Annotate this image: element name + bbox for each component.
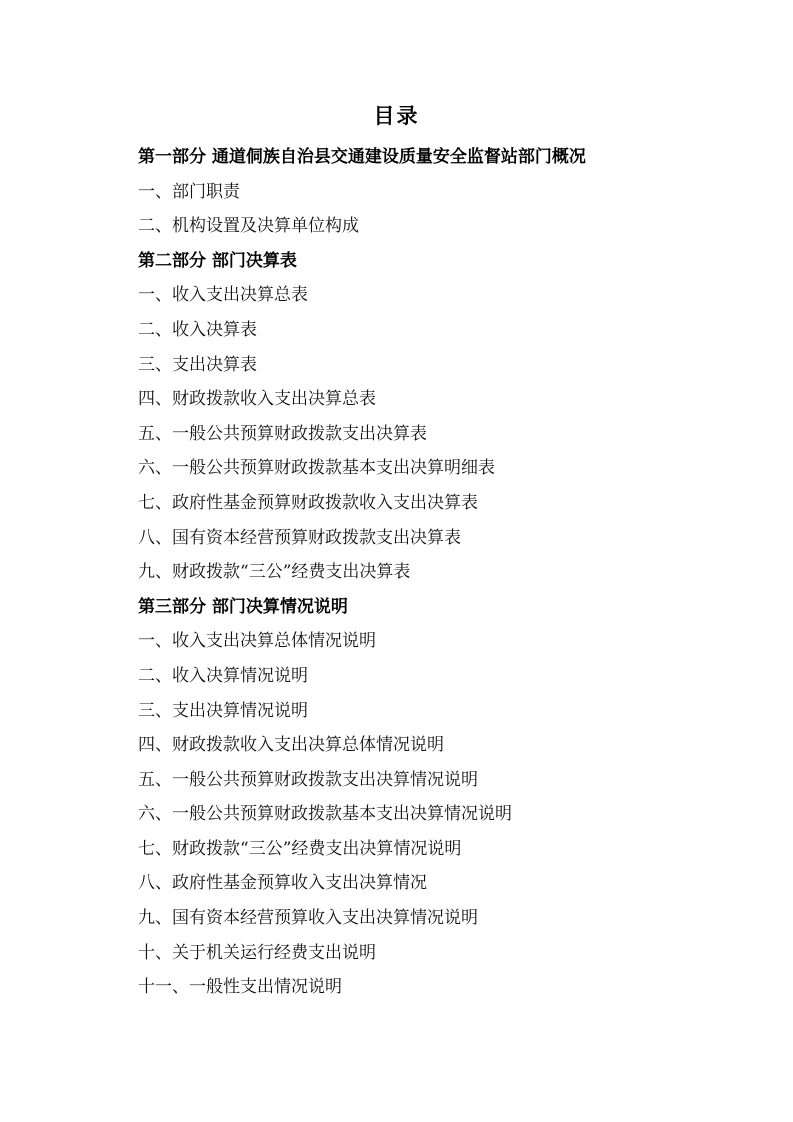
toc-part-3-heading[interactable]: 第三部分 部门决算情况说明 [138,590,738,625]
toc-item-three-public-expenses-table[interactable]: 九、财政拨款“三公”经费支出决算表 [138,555,738,590]
toc-item-dept-responsibilities[interactable]: 一、部门职责 [138,175,738,210]
toc-item-gov-fund-budget-explanation[interactable]: 八、政府性基金预算收入支出决算情况 [138,866,738,901]
toc-item-state-capital-budget-explanation[interactable]: 九、国有资本经营预算收入支出决算情况说明 [138,901,738,936]
toc-item-general-expense-explanation[interactable]: 十一、一般性支出情况说明 [138,970,738,1005]
toc-item-general-budget-basic-expense-detail-table[interactable]: 六、一般公共预算财政拨款基本支出决算明细表 [138,451,738,486]
toc-item-overall-income-expense-explanation[interactable]: 一、收入支出决算总体情况说明 [138,624,738,659]
toc-item-general-budget-expense-table[interactable]: 五、一般公共预算财政拨款支出决算表 [138,417,738,452]
toc-item-expense-table[interactable]: 三、支出决算表 [138,348,738,383]
toc-item-state-capital-budget-table[interactable]: 八、国有资本经营预算财政拨款支出决算表 [138,521,738,556]
toc-list: 第一部分 通道侗族自治县交通建设质量安全监督站部门概况 一、部门职责 二、机构设… [138,140,738,1005]
toc-part-2-heading[interactable]: 第二部分 部门决算表 [138,244,738,279]
toc-item-fiscal-allocation-overall-explanation[interactable]: 四、财政拨款收入支出决算总体情况说明 [138,728,738,763]
toc-item-gov-fund-budget-table[interactable]: 七、政府性基金预算财政拨款收入支出决算表 [138,486,738,521]
toc-item-income-table[interactable]: 二、收入决算表 [138,313,738,348]
toc-item-org-structure[interactable]: 二、机构设置及决算单位构成 [138,209,738,244]
toc-item-expense-explanation[interactable]: 三、支出决算情况说明 [138,694,738,729]
toc-item-income-explanation[interactable]: 二、收入决算情况说明 [138,659,738,694]
toc-item-income-expense-summary-table[interactable]: 一、收入支出决算总表 [138,278,738,313]
toc-item-general-budget-basic-expense-explanation[interactable]: 六、一般公共预算财政拨款基本支出决算情况说明 [138,797,738,832]
toc-item-general-budget-expense-explanation[interactable]: 五、一般公共预算财政拨款支出决算情况说明 [138,763,738,798]
toc-item-fiscal-allocation-summary-table[interactable]: 四、财政拨款收入支出决算总表 [138,382,738,417]
toc-part-1-heading[interactable]: 第一部分 通道侗族自治县交通建设质量安全监督站部门概况 [138,140,738,175]
toc-title: 目录 [0,102,793,130]
toc-item-three-public-expenses-explanation[interactable]: 七、财政拨款“三公”经费支出决算情况说明 [138,832,738,867]
document-page: 目录 第一部分 通道侗族自治县交通建设质量安全监督站部门概况 一、部门职责 二、… [0,0,793,1122]
toc-item-agency-operating-expense-explanation[interactable]: 十、关于机关运行经费支出说明 [138,936,738,971]
